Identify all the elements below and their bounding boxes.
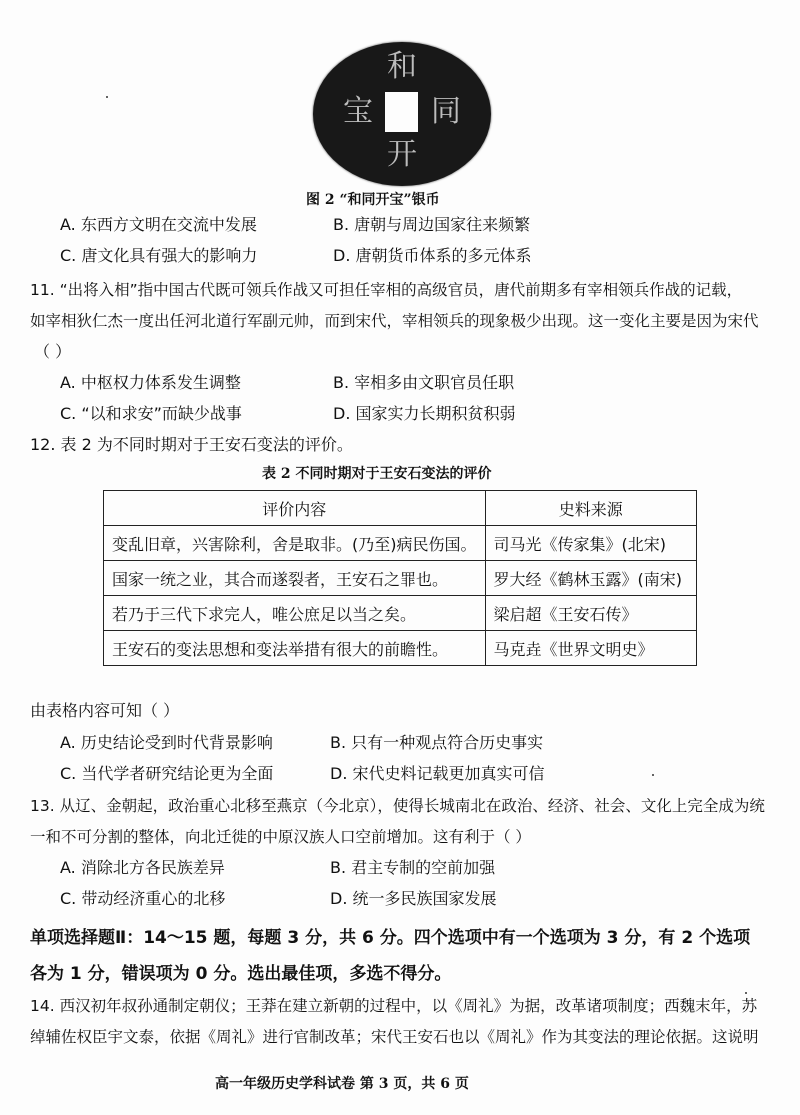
table-header-row: 评价内容 史料来源 — [104, 491, 697, 526]
q12-stem: 12. 表 2 为不同时期对于王安石变法的评价。 — [30, 435, 353, 455]
q13-option-a[interactable]: A. 消除北方各民族差异 — [60, 858, 225, 878]
table-cell: 马克垚《世界文明史》 — [485, 631, 697, 666]
figure-caption: 图 2 “和同开宝”银币 — [306, 189, 440, 209]
table-caption: 表 2 不同时期对于王安石变法的评价 — [262, 463, 492, 483]
section-instructions-line1: 单项选择题Ⅱ：14～15 题，每题 3 分，共 6 分。四个选项中有一个选项为 … — [30, 923, 750, 948]
coin-square-hole — [385, 92, 418, 132]
q12-option-a[interactable]: A. 历史结论受到时代背景影响 — [60, 733, 273, 753]
table-row: 若乃于三代下求完人，唯公庶足以当之矣。 梁启超《王安石传》 — [104, 596, 697, 631]
table-header: 评价内容 — [104, 491, 486, 526]
table-header: 史料来源 — [485, 491, 697, 526]
q11-option-a[interactable]: A. 中枢权力体系发生调整 — [60, 373, 241, 393]
coin-glyph-bottom: 开 — [387, 140, 417, 170]
q11-stem-line1: 11. “出将入相”指中国古代既可领兵作战又可担任宰相的高级官员，唐代前期多有宰… — [30, 280, 742, 300]
q13-option-b[interactable]: B. 君主专制的空前加强 — [330, 858, 495, 878]
coin-image: 和 同 开 宝 — [313, 42, 491, 186]
q13-stem-line2: 一和不可分割的整体，向北迁徙的中原汉族人口空前增加。这有利于（ ） — [30, 827, 531, 847]
coin-glyph-right: 同 — [431, 97, 461, 127]
table-cell: 国家一统之业，其合而遂裂者，王安石之罪也。 — [104, 561, 486, 596]
q12-option-c[interactable]: C. 当代学者研究结论更为全面 — [60, 764, 273, 784]
coin-glyph-top: 和 — [387, 52, 417, 82]
table-cell: 司马光《传家集》(北宋) — [485, 526, 697, 561]
q14-stem-line2: 绰辅佐权臣宇文泰，依据《周礼》进行官制改革；宋代王安石也以《周礼》作为其变法的理… — [30, 1027, 759, 1047]
q12-option-d[interactable]: D. 宋代史料记载更加真实可信 — [330, 764, 545, 784]
table-row: 变乱旧章，兴害除利，舍是取非。(乃至)病民伤国。 司马光《传家集》(北宋) — [104, 526, 697, 561]
page-footer: 高一年级历史学科试卷 第 3 页，共 6 页 — [215, 1073, 469, 1093]
q10-option-c[interactable]: C. 唐文化具有强大的影响力 — [60, 246, 257, 266]
q11-option-b[interactable]: B. 宰相多由文职官员任职 — [333, 373, 514, 393]
q12-option-b[interactable]: B. 只有一种观点符合历史事实 — [330, 733, 543, 753]
scan-speck — [652, 774, 654, 776]
table-cell: 王安石的变法思想和变法举措有很大的前瞻性。 — [104, 631, 486, 666]
q10-option-a[interactable]: A. 东西方文明在交流中发展 — [60, 215, 257, 235]
section-instructions-line2: 各为 1 分，错误项为 0 分。选出最佳项，多选不得分。 — [30, 959, 451, 984]
q11-answer-blank[interactable]: （ ） — [34, 342, 71, 362]
q12-prompt: 由表格内容可知（ ） — [30, 701, 179, 721]
scan-speck — [106, 96, 108, 98]
evaluation-table: 评价内容 史料来源 变乱旧章，兴害除利，舍是取非。(乃至)病民伤国。 司马光《传… — [103, 490, 697, 666]
q13-stem-line1: 13. 从辽、金朝起，政治重心北移至燕京（今北京），使得长城南北在政治、经济、社… — [30, 796, 765, 816]
scan-speck — [745, 992, 747, 994]
q11-option-c[interactable]: C. “以和求安”而缺少战事 — [60, 404, 242, 424]
q13-option-d[interactable]: D. 统一多民族国家发展 — [330, 889, 497, 909]
table-cell: 变乱旧章，兴害除利，舍是取非。(乃至)病民伤国。 — [104, 526, 486, 561]
q14-stem-line1: 14. 西汉初年叔孙通制定朝仪；王莽在建立新朝的过程中，以《周礼》为据，改革诸项… — [30, 996, 757, 1016]
q11-stem-line2: 如宰相狄仁杰一度出任河北道行军副元帅，而到宋代，宰相领兵的现象极少出现。这一变化… — [30, 311, 759, 331]
coin-glyph-left: 宝 — [343, 97, 373, 127]
q10-option-d[interactable]: D. 唐朝货币体系的多元体系 — [333, 246, 532, 266]
table-row: 王安石的变法思想和变法举措有很大的前瞻性。 马克垚《世界文明史》 — [104, 631, 697, 666]
table-cell: 罗大经《鹤林玉露》(南宋) — [485, 561, 697, 596]
q10-option-b[interactable]: B. 唐朝与周边国家往来频繁 — [333, 215, 530, 235]
q13-option-c[interactable]: C. 带动经济重心的北移 — [60, 889, 225, 909]
table-cell: 若乃于三代下求完人，唯公庶足以当之矣。 — [104, 596, 486, 631]
q11-option-d[interactable]: D. 国家实力长期积贫积弱 — [333, 404, 516, 424]
table-cell: 梁启超《王安石传》 — [485, 596, 697, 631]
table-row: 国家一统之业，其合而遂裂者，王安石之罪也。 罗大经《鹤林玉露》(南宋) — [104, 561, 697, 596]
